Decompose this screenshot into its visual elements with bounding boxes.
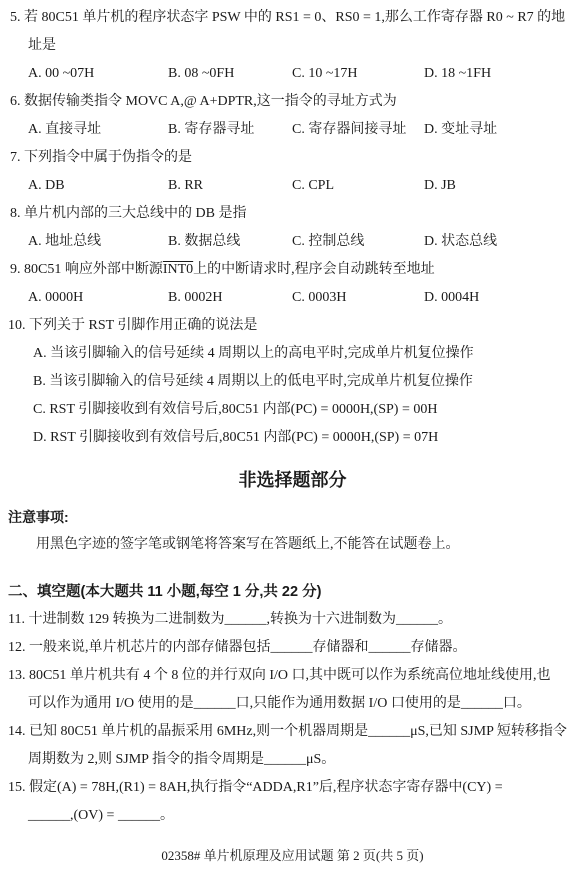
question-10-option-b: B. 当该引脚输入的信号延续 4 周期以上的低电平时,完成单片机复位操作 — [8, 368, 577, 396]
notice-body: 用黑色字迹的签字笔或钢笔将答案写在答题纸上,不能答在试题卷上。 — [8, 531, 577, 559]
question-5-line-1: 5. 若 80C51 单片机的程序状态字 PSW 中的 RS1 = 0、RS0 … — [8, 4, 577, 32]
question-12-line-1: 12. 一般来说,单片机芯片的内部存储器包括______存储器和______存储… — [8, 634, 577, 662]
fill-section-title: 二、填空题(本大题共 11 小题,每空 1 分,共 22 分) — [8, 578, 577, 606]
option-b: B. 0002H — [168, 284, 292, 312]
question-9-options: A. 0000H B. 0002H C. 0003H D. 0004H — [8, 284, 577, 312]
page-footer: 02358# 单片机原理及应用试题 第 2 页(共 5 页) — [8, 842, 577, 870]
option-c: C. 控制总线 — [292, 228, 424, 256]
option-b: B. 08 ~0FH — [168, 60, 292, 88]
notice-title: 注意事项: — [8, 503, 577, 531]
question-8-options: A. 地址总线 B. 数据总线 C. 控制总线 D. 状态总线 — [8, 228, 577, 256]
question-5-options: A. 00 ~07H B. 08 ~0FH C. 10 ~17H D. 18 ~… — [8, 60, 577, 88]
option-b: B. 数据总线 — [168, 228, 292, 256]
question-11-line-1: 11. 十进制数 129 转换为二进制数为______,转换为十六进制数为___… — [8, 606, 577, 634]
option-d: D. 状态总线 — [424, 228, 577, 256]
option-a: A. 直接寻址 — [28, 116, 168, 144]
question-14-line-1: 14. 已知 80C51 单片机的晶振采用 6MHz,则一个机器周期是_____… — [8, 718, 577, 746]
option-b: B. 寄存器寻址 — [168, 116, 292, 144]
question-10-option-a: A. 当该引脚输入的信号延续 4 周期以上的高电平时,完成单片机复位操作 — [8, 340, 577, 368]
question-10-line-1: 10. 下列关于 RST 引脚作用正确的说法是 — [8, 312, 577, 340]
option-c: C. 寄存器间接寻址 — [292, 116, 424, 144]
question-7-options: A. DB B. RR C. CPL D. JB — [8, 172, 577, 200]
question-9-suffix: 上的中断请求时,程序会自动跳转至地址 — [193, 262, 435, 277]
question-6-options: A. 直接寻址 B. 寄存器寻址 C. 寄存器间接寻址 D. 变址寻址 — [8, 116, 577, 144]
int0-overline-label: INT0 — [163, 262, 193, 277]
option-a: A. DB — [28, 172, 168, 200]
question-13-line-2: 可以作为通用 I/O 使用的是______口,只能作为通用数据 I/O 口使用的… — [8, 690, 577, 718]
question-6-line-1: 6. 数据传输类指令 MOVC A,@ A+DPTR,这一指令的寻址方式为 — [8, 88, 577, 116]
question-5-line-2: 址是 — [8, 32, 577, 60]
option-d: D. 变址寻址 — [424, 116, 577, 144]
question-9-prefix: 9. 80C51 响应外部中断源 — [10, 262, 163, 277]
question-9-line-1: 9. 80C51 响应外部中断源INT0上的中断请求时,程序会自动跳转至地址 — [8, 256, 577, 284]
question-10-option-d: D. RST 引脚接收到有效信号后,80C51 内部(PC) = 0000H,(… — [8, 424, 577, 452]
question-7-line-1: 7. 下列指令中属于伪指令的是 — [8, 144, 577, 172]
question-8-line-1: 8. 单片机内部的三大总线中的 DB 是指 — [8, 200, 577, 228]
option-c: C. 0003H — [292, 284, 424, 312]
option-c: C. 10 ~17H — [292, 60, 424, 88]
question-14-line-2: 周期数为 2,则 SJMP 指令的指令周期是______μS。 — [8, 746, 577, 774]
option-c: C. CPL — [292, 172, 424, 200]
section-heading: 非选择题部分 — [8, 466, 577, 494]
option-d: D. JB — [424, 172, 577, 200]
question-10-option-c: C. RST 引脚接收到有效信号后,80C51 内部(PC) = 0000H,(… — [8, 396, 577, 424]
option-d: D. 18 ~1FH — [424, 60, 577, 88]
option-d: D. 0004H — [424, 284, 577, 312]
option-a: A. 0000H — [28, 284, 168, 312]
option-b: B. RR — [168, 172, 292, 200]
option-a: A. 地址总线 — [28, 228, 168, 256]
exam-page: 5. 若 80C51 单片机的程序状态字 PSW 中的 RS1 = 0、RS0 … — [0, 0, 585, 885]
question-13-line-1: 13. 80C51 单片机共有 4 个 8 位的并行双向 I/O 口,其中既可以… — [8, 662, 577, 690]
question-15-line-2: ______,(OV) = ______。 — [8, 802, 577, 830]
option-a: A. 00 ~07H — [28, 60, 168, 88]
question-15-line-1: 15. 假定(A) = 78H,(R1) = 8AH,执行指令“ADDA,R1”… — [8, 774, 577, 802]
